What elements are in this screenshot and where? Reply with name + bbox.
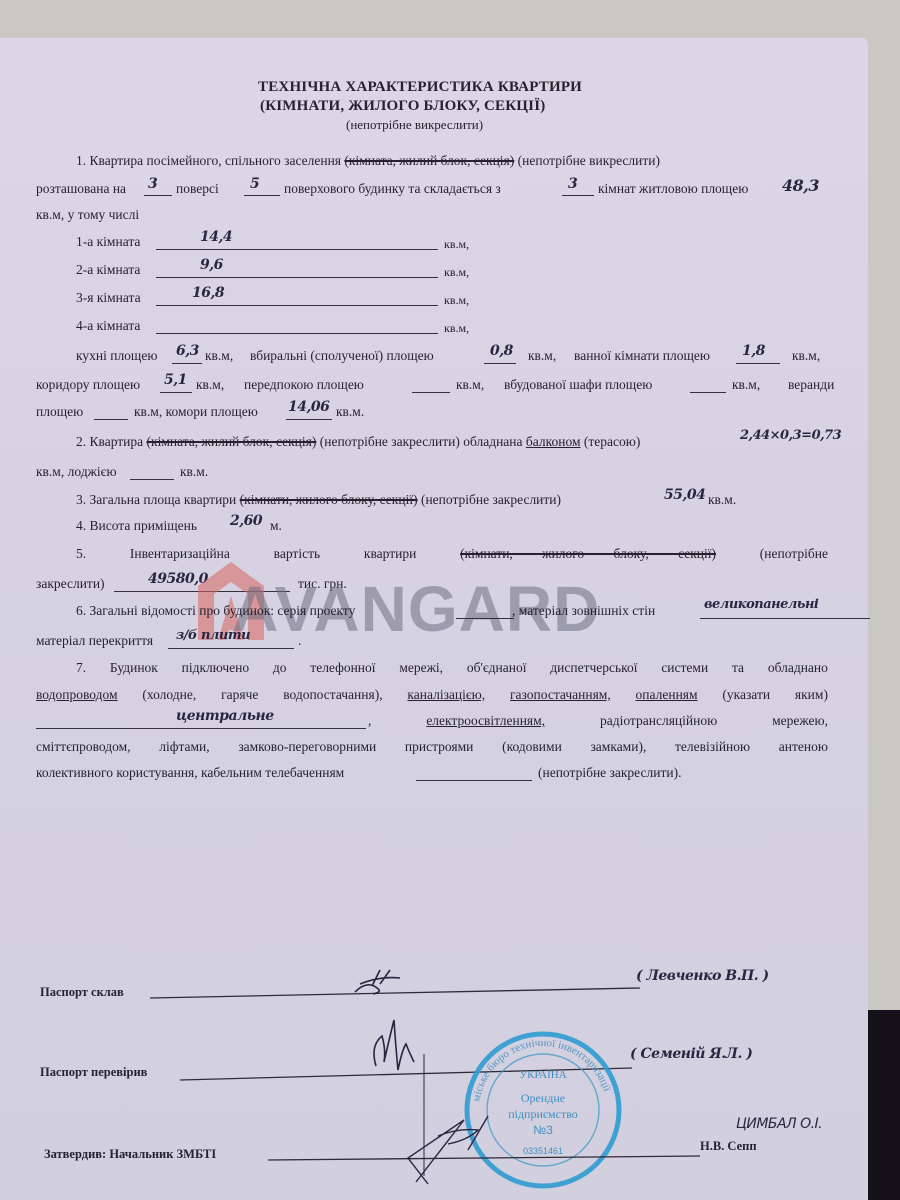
s7-word: підключено bbox=[182, 660, 249, 676]
s2-line2-b: кв.м. bbox=[180, 464, 208, 480]
room-1-value: 14,4 bbox=[200, 229, 232, 245]
s5-line2-a: закреслити) bbox=[36, 576, 105, 592]
balcony-value: 2,44×0,3=0,73 bbox=[740, 428, 841, 443]
title-note: (непотрібне викреслити) bbox=[346, 117, 483, 133]
unit: кв.м, bbox=[205, 348, 233, 364]
s1-text-b: (непотрібне викреслити) bbox=[518, 153, 660, 168]
floor-value: 3 bbox=[148, 176, 157, 192]
s7-word: телевізійною bbox=[675, 739, 750, 755]
s1-line2-d: кімнат житловою площею bbox=[598, 181, 748, 197]
room-4-unit: кв.м, bbox=[444, 320, 469, 336]
s1-text-a: 1. Квартира посімейного, спільного засел… bbox=[76, 153, 341, 168]
s2-strike: (кімната, жилий блок, секція) bbox=[147, 434, 317, 449]
floors-total-value: 5 bbox=[250, 176, 259, 192]
s5-word: вартість bbox=[274, 546, 320, 562]
title-line-2: (КІМНАТИ, ЖИЛОГО БЛОКУ, СЕКЦІЇ) bbox=[260, 98, 545, 114]
section-5-line-1: 5. Інвентаризаційна вартість квартири (к… bbox=[76, 546, 828, 562]
s3-text-a: 3. Загальна площа квартири bbox=[76, 492, 236, 507]
s7-word: , bbox=[368, 713, 371, 729]
closet-label: вбудованої шафи площею bbox=[504, 377, 652, 393]
toilet-value: 0,8 bbox=[490, 343, 513, 359]
corridor-label: коридору площею bbox=[36, 377, 140, 393]
s1-line3: кв.м, у тому числі bbox=[36, 207, 139, 223]
s2-text-a: 2. Квартира bbox=[76, 434, 143, 449]
checked-label: Паспорт перевірив bbox=[40, 1064, 147, 1080]
s7-line5-a: колективного користування, кабельним тел… bbox=[36, 765, 344, 781]
s7-word: мережею, bbox=[772, 713, 828, 729]
s7-word: радіотрансляційною bbox=[600, 713, 717, 729]
s7-word: водопостачання), bbox=[283, 687, 382, 703]
s7-word: диспетчерської bbox=[550, 660, 637, 676]
s7-word: (холодне, bbox=[142, 687, 196, 703]
unit: кв.м, bbox=[732, 377, 760, 393]
hall-label: передпокою площею bbox=[244, 377, 364, 393]
s7-word: антеною bbox=[779, 739, 828, 755]
s7-word: опаленням bbox=[636, 687, 698, 703]
s7-word: до bbox=[273, 660, 287, 676]
room-2-label: 2-а кімната bbox=[76, 262, 140, 278]
s5-word: квартири bbox=[364, 546, 416, 562]
s6-line2-a: матеріал перекриття bbox=[36, 633, 153, 649]
s7-word: сміттєпроводом, bbox=[36, 739, 131, 755]
s3-unit: кв.м. bbox=[708, 492, 736, 508]
room-4-label: 4-а кімната bbox=[76, 318, 140, 334]
room-1-label: 1-а кімната bbox=[76, 234, 140, 250]
rooms-count-value: 3 bbox=[568, 176, 577, 192]
room-2-value: 9,6 bbox=[200, 257, 223, 273]
veranda-label: веранди bbox=[788, 377, 834, 393]
s5-text-b: (непотрібне bbox=[760, 546, 828, 562]
unit: кв.м, bbox=[792, 348, 820, 364]
s7-word: каналізацією, bbox=[407, 687, 485, 703]
s7-word: Будинок bbox=[110, 660, 158, 676]
room-2-unit: кв.м, bbox=[444, 264, 469, 280]
section-7-line-2: водопроводом (холодне, гаряче водопостач… bbox=[36, 687, 828, 703]
approved-signature bbox=[268, 1110, 708, 1190]
height-value: 2,60 bbox=[230, 513, 262, 529]
checked-name: ( Семеній Я.Л. ) bbox=[630, 1046, 752, 1062]
approved-name: Н.В. Сепп bbox=[700, 1138, 757, 1154]
title-line-1: ТЕХНІЧНА ХАРАКТЕРИСТИКА КВАРТИРИ bbox=[258, 79, 582, 95]
section-4-label: 4. Висота приміщень bbox=[76, 518, 197, 534]
s3-strike: (кімнати, жилого блоку, секції) bbox=[240, 492, 418, 507]
unit: кв.м, bbox=[528, 348, 556, 364]
corridor-value: 5,1 bbox=[164, 372, 187, 388]
total-area-value: 55,04 bbox=[664, 487, 705, 503]
toilet-label: вбиральні (сполученої) площею bbox=[250, 348, 434, 364]
room-3-unit: кв.м, bbox=[444, 292, 469, 308]
s7-word: ліфтами, bbox=[159, 739, 209, 755]
pantry-label: кв.м, комори площею bbox=[134, 404, 258, 420]
s7-word: пристроями bbox=[405, 739, 473, 755]
compiled-label: Паспорт склав bbox=[40, 984, 124, 1000]
s7-word: замками), bbox=[590, 739, 646, 755]
s6-end: . bbox=[298, 633, 301, 649]
s6-text-b: , матеріал зовнішніх стін bbox=[512, 603, 655, 619]
s7-word: гаряче bbox=[221, 687, 258, 703]
s2-balcony: балконом bbox=[526, 434, 581, 449]
compiled-name: ( Левченко В.П. ) bbox=[636, 968, 769, 984]
section-7-line-1: 7. Будинок підключено до телефонної мере… bbox=[76, 660, 828, 676]
room-3-label: 3-я кімната bbox=[76, 290, 141, 306]
s7-word: об'єднаної bbox=[467, 660, 527, 676]
floor-material-value: з/б плити bbox=[176, 628, 250, 643]
svg-text:Орендне: Орендне bbox=[521, 1091, 565, 1105]
s7-line5-b: (непотрібне закреслити). bbox=[538, 765, 681, 781]
s7-word: обладнано bbox=[768, 660, 828, 676]
s3-text-b: (непотрібне закреслити) bbox=[421, 492, 561, 507]
s7-word: мережі, bbox=[399, 660, 443, 676]
bathroom-value: 1,8 bbox=[742, 343, 765, 359]
s7-word: телефонної bbox=[310, 660, 375, 676]
room-3-value: 16,8 bbox=[192, 285, 224, 301]
title-line-2-text: (КІМНАТИ, ЖИЛОГО БЛОКУ, СЕКЦІЇ) bbox=[260, 98, 545, 114]
svg-text:УКРАЇНА: УКРАЇНА bbox=[519, 1069, 566, 1081]
s7-word: яким) bbox=[795, 687, 828, 703]
section-3-line: 3. Загальна площа квартири (кімнати, жил… bbox=[76, 492, 561, 508]
kitchen-label: кухні площею bbox=[76, 348, 157, 364]
s7-word: (кодовими bbox=[502, 739, 562, 755]
s6-text-a: 6. Загальні відомості про будинок: серія… bbox=[76, 603, 355, 619]
section-7-line-4: сміттєпроводом, ліфтами, замково-перегов… bbox=[36, 739, 828, 755]
s7-word: електроосвітленням, bbox=[426, 713, 545, 729]
s1-line2-c: поверхового будинку та складається з bbox=[284, 181, 501, 197]
section-1-line-1: 1. Квартира посімейного, спільного засел… bbox=[76, 153, 660, 169]
s2-line2-a: кв.м, лоджією bbox=[36, 464, 117, 480]
kitchen-value: 6,3 bbox=[176, 343, 199, 359]
s4-unit: м. bbox=[270, 518, 282, 534]
walls-material-value: великопанельні bbox=[704, 597, 818, 612]
handwritten-note: ЦИМБАЛ О.І. bbox=[736, 1116, 822, 1132]
section-7-line-3: , електроосвітленням, радіотрансляційною… bbox=[368, 713, 828, 729]
background-edge bbox=[868, 1010, 900, 1200]
s7-word: водопроводом bbox=[36, 687, 118, 703]
s7-word: замково-переговорними bbox=[238, 739, 376, 755]
pantry-value: 14,06 bbox=[288, 399, 329, 415]
room-1-unit: кв.м, bbox=[444, 236, 469, 252]
unit: кв.м, bbox=[196, 377, 224, 393]
s7-word: газопостачанням, bbox=[510, 687, 611, 703]
s7-word: 7. bbox=[76, 660, 86, 676]
unit: кв.м, bbox=[456, 377, 484, 393]
s2-text-b: (непотрібне закреслити) обладнана bbox=[320, 434, 523, 449]
s1-line2-a: розташована на bbox=[36, 181, 126, 197]
bathroom-label: ванної кімнати площею bbox=[574, 348, 710, 364]
approved-label: Затвердив: Начальник ЗМБТІ bbox=[44, 1146, 216, 1162]
compiled-signature-line bbox=[150, 962, 650, 1002]
s7-word: (указати bbox=[722, 687, 770, 703]
s5-word: 5. bbox=[76, 546, 86, 562]
s1-line2-b: поверсі bbox=[176, 181, 219, 197]
unit-end: кв.м. bbox=[336, 404, 364, 420]
s7-word: системи bbox=[661, 660, 708, 676]
s5-strike: (кімнати, жилого блоку, секції) bbox=[460, 546, 716, 562]
living-area-value: 48,3 bbox=[782, 176, 819, 195]
s7-word: та bbox=[732, 660, 744, 676]
s1-strike: (кімната, жилий блок, секція) bbox=[344, 153, 514, 168]
veranda-area-label: площею bbox=[36, 404, 83, 420]
s2-text-c: (терасою) bbox=[584, 434, 640, 449]
heating-value: центральне bbox=[176, 708, 274, 724]
section-2-line-1: 2. Квартира (кімната, жилий блок, секція… bbox=[76, 434, 640, 450]
